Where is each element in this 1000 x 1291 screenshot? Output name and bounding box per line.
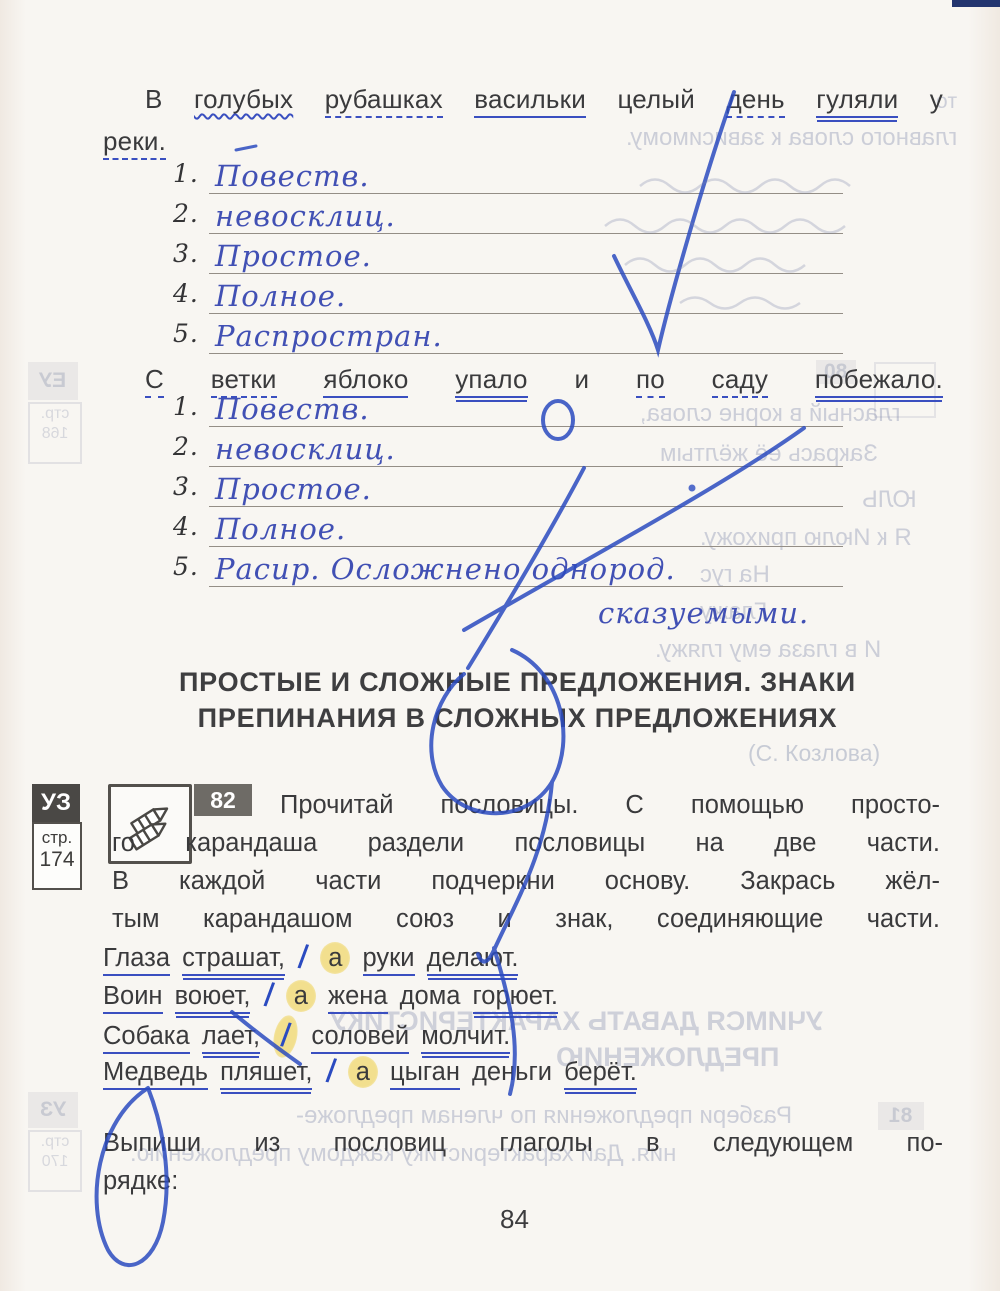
item-number: 1. xyxy=(173,159,199,188)
word: В xyxy=(145,84,163,116)
word: Глаза xyxy=(103,944,170,976)
exercise-instructions: Прочитай пословицы. С помощью просто-го … xyxy=(112,786,940,938)
handwritten-answer: Простое. xyxy=(215,239,372,273)
margin-part-badge: УЗ xyxy=(32,784,80,822)
word: пляшет, xyxy=(220,1058,312,1090)
handwritten-answer: Полное. xyxy=(215,279,346,313)
workbook-page-scan: то главного слова к зависимому. гласный … xyxy=(0,0,1000,1291)
bleedthrough-badge: ЕУ xyxy=(28,362,78,400)
word: голубых xyxy=(194,84,293,116)
answers-list-1: 1.Повеств.2.невосклиц.3.Простое.4.Полное… xyxy=(103,154,843,354)
text-line: го карандаша раздели пословицы на две ча… xyxy=(112,824,940,862)
word: васильки xyxy=(474,84,586,118)
word: целый xyxy=(617,84,695,116)
word: Воин xyxy=(103,982,163,1014)
word: цыган xyxy=(390,1058,460,1090)
handwritten-answer: Полное. xyxy=(215,512,346,546)
word: берёт. xyxy=(564,1058,637,1090)
text-line: Выпиши из пословиц глаголы в следующем п… xyxy=(103,1124,943,1162)
word: жена xyxy=(328,982,388,1014)
answers-list-2: 1.Повеств.2.невосклиц.3.Простое.4.Полное… xyxy=(103,387,843,587)
answer-row: 1.Повеств. xyxy=(103,154,843,194)
word: лает, xyxy=(202,1022,260,1054)
item-number: 4. xyxy=(173,279,199,308)
answer-row: 3.Простое. xyxy=(103,467,843,507)
handwritten-answer: Повеств. xyxy=(215,159,370,193)
ruled-line xyxy=(209,586,843,587)
word: Собака xyxy=(103,1022,190,1054)
ruled-line xyxy=(209,353,843,354)
item-number: 5. xyxy=(173,319,199,348)
item-number: 1. xyxy=(173,392,199,421)
word: делают. xyxy=(427,944,519,976)
scan-edge-mark xyxy=(952,0,1000,7)
word: молчит. xyxy=(421,1022,510,1054)
answer-row: 3.Простое. xyxy=(103,234,843,274)
handwritten-answer: невосклиц. xyxy=(215,432,396,466)
proverb-line: Медведь пляшет, / а цыган деньги берёт. xyxy=(103,1058,637,1096)
handwritten-answer: Повеств. xyxy=(215,392,370,426)
page-ref-number: 174 xyxy=(34,848,80,872)
text-line: тым карандашом союз и знак, соединяющие … xyxy=(112,900,940,938)
word: рубашках xyxy=(325,84,443,118)
proverb-line: Собака лает, / соловей молчит. xyxy=(103,1020,510,1058)
proverb-line: Воин воюет, / а жена дома горюет. xyxy=(103,982,558,1020)
section-heading-line: ПРЕПИНАНИЯ В СЛОЖНЫХ ПРЕДЛОЖЕНИЯХ xyxy=(95,700,940,736)
word: у xyxy=(930,84,943,116)
word: а xyxy=(320,942,350,974)
text-line: рядке: xyxy=(103,1162,943,1200)
bleedthrough-line: ЮЛЬ xyxy=(862,486,917,514)
word: а xyxy=(286,980,316,1012)
handwritten-extra-line: сказуемыми. xyxy=(598,596,809,630)
handwritten-answer: Распростран. xyxy=(215,319,443,353)
word: день xyxy=(726,84,784,118)
word: руки xyxy=(363,944,415,976)
word: деньги xyxy=(472,1058,552,1088)
sentence-1-line-2: реки. xyxy=(103,126,943,157)
bleedthrough-line: И в глаза ему гляжу. xyxy=(655,636,881,664)
answer-row: 4.Полное. xyxy=(103,507,843,547)
handwritten-answer: Расир. Осложнено однород. xyxy=(215,552,676,586)
word: Медведь xyxy=(103,1058,208,1090)
text-line: В каждой части подчеркни основу. Закрась… xyxy=(112,862,940,900)
page-ref-label: стр. xyxy=(34,828,80,848)
item-number: 3. xyxy=(173,239,199,268)
bleedthrough-page-ref: стр.170 xyxy=(28,1130,82,1192)
answer-row: 2.невосклиц. xyxy=(103,194,843,234)
pencil-slash-mark: / xyxy=(270,1013,302,1060)
sentence-1-line-1: В голубых рубашках васильки целый день г… xyxy=(103,84,943,115)
item-number: 4. xyxy=(173,512,199,541)
item-number: 2. xyxy=(173,199,199,228)
word: а xyxy=(348,1056,378,1088)
item-number: 5. xyxy=(173,552,199,581)
margin-page-reference: стр. 174 xyxy=(32,822,82,890)
bleedthrough-page-ref: стр.168 xyxy=(28,402,82,464)
answer-row: 5.Расир. Осложнено однород. xyxy=(103,547,843,587)
answer-row: 4.Полное. xyxy=(103,274,843,314)
page-number: 84 xyxy=(500,1204,529,1235)
word: воюет, xyxy=(175,982,251,1014)
word: дома xyxy=(400,982,461,1012)
item-number: 2. xyxy=(173,432,199,461)
answer-row: 5.Распростран. xyxy=(103,314,843,354)
section-heading: ПРОСТЫЕ И СЛОЖНЫЕ ПРЕДЛОЖЕНИЯ. ЗНАКИ ПРЕ… xyxy=(95,664,940,736)
word: страшат, xyxy=(182,944,285,976)
bleedthrough-badge: УЗ xyxy=(28,1092,78,1128)
pencil-slash-mark: / xyxy=(322,1053,337,1094)
handwritten-answer: невосклиц. xyxy=(215,199,396,233)
followup-task: Выпиши из пословиц глаголы в следующем п… xyxy=(103,1124,943,1200)
item-number: 3. xyxy=(173,472,199,501)
proverb-line: Глаза страшат, / а руки делают. xyxy=(103,944,518,982)
answer-row: 2.невосклиц. xyxy=(103,427,843,467)
text-line: Прочитай пословицы. С помощью просто- xyxy=(112,786,940,824)
bleedthrough-author: (С. Козлова) xyxy=(748,740,880,767)
section-heading-line: ПРОСТЫЕ И СЛОЖНЫЕ ПРЕДЛОЖЕНИЯ. ЗНАКИ xyxy=(95,664,940,700)
word: горюет. xyxy=(473,982,559,1014)
word: гуляли xyxy=(816,84,898,118)
pencil-slash-mark: / xyxy=(260,977,275,1018)
handwritten-answer: Простое. xyxy=(215,472,372,506)
answer-row: 1.Повеств. xyxy=(103,387,843,427)
word: соловей xyxy=(311,1022,409,1054)
pencil-slash-mark: / xyxy=(295,939,310,980)
